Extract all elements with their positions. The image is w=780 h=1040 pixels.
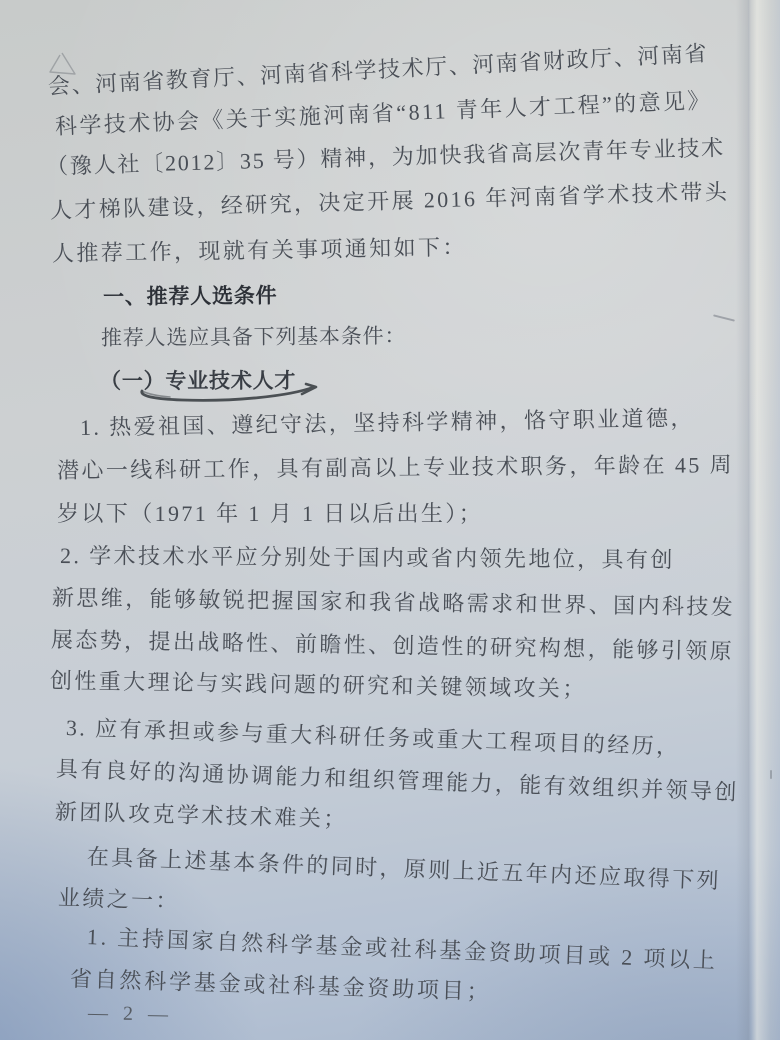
doc-line: 潜心一线科研工作，具有副高以上专业技术职务，年龄在 45 周 xyxy=(57,448,734,485)
doc-line: 推荐人选应具备下列基本条件： xyxy=(101,320,406,352)
page-number: — 2 — xyxy=(88,1002,173,1027)
doc-line: 业绩之一： xyxy=(58,881,181,916)
doc-line: 2. 学术技术水平应分别处于国内或省内领先地位，具有创 xyxy=(60,539,675,574)
section-heading: 一、推荐人选条件 xyxy=(103,279,278,311)
doc-line: 人推荐工作，现就有关事项通知如下： xyxy=(52,230,467,268)
hand-drawn-underline xyxy=(138,382,330,406)
edge-tick-mark xyxy=(770,770,772,779)
doc-line: 岁以下（1971 年 1 月 1 日以后出生）； xyxy=(57,497,483,528)
page-fold-edge xyxy=(748,0,780,1040)
page-fold-shadow xyxy=(736,0,748,1040)
